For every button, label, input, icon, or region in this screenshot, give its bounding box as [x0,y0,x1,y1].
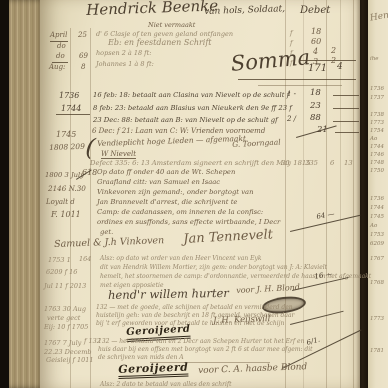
margin-ref: 2146 N.30 [48,185,86,192]
amount-dash [335,132,359,133]
defect-num: 30 [281,160,290,167]
next-page-fragment: 1746 [370,152,384,158]
next-page-fragment: ihe [370,56,379,62]
margin-ref: 1763 30 Aug [44,306,86,313]
last-line: 132 — het betaald van en 2 Decr aan Sche… [98,339,304,345]
payment-amount: 18 [310,89,321,98]
payment-amount: 23 [310,102,321,111]
payment-year: 1736 [59,92,79,100]
claim-line: Graafland citt: van Samuel en Isaac [97,179,220,186]
next-page-fragment: 6209 [370,241,384,247]
entry-amount: 60 [311,38,321,46]
next-page-fragment: 1773 [370,120,384,126]
margin-ref: Jul 11 f 2013 [44,283,86,290]
margin-underline [56,114,90,115]
next-page-fragment: 1744 [370,144,384,150]
entry-day: 8 [81,64,85,71]
payment-year: 1744 [61,105,81,113]
column-rule [326,0,327,388]
header-note: Niet vermaakt [148,22,195,29]
somma-flourish [258,85,342,86]
last-line: de schrijven van mids den A [98,355,184,361]
claim-line: Camp: de cadanassen, om inneren de la co… [97,209,263,216]
somma-guilders: 171 [308,64,327,74]
payment-fcol: 2 / [287,116,296,123]
entry-desc: hopsen 2 à 18 ft: [96,50,151,57]
column-rule [353,0,354,388]
claim-line: Jan Brannevelt d'arrest, die schrijvent … [97,199,237,206]
defect-col3: 13 [344,160,353,167]
next-page-fragment: Ao [370,136,377,142]
margin-ref: Geisleij f 1011 [46,357,94,364]
debtor-name: hend'r willem hurter [108,288,229,302]
payment-amount: 88 [310,114,321,123]
margin-ref: 1808 209 [49,143,85,152]
entry-date: do [57,43,66,50]
margin-ref: Loyalt d [46,199,75,206]
next-page-fragment: 1744 [370,205,384,211]
entry-desc: Johannes 1 à 8 ft: [96,61,154,68]
last-line: huis daar bij een offsen met borgtogt va… [98,347,313,353]
margin-dash [50,41,68,42]
amount-dash [333,121,359,122]
payment-year: 1745 [56,131,76,139]
entry-desc: d' 6 Clasje of ten geven geland ontfange… [96,31,233,38]
defect-col1: 335 [305,160,318,167]
next-page-fragment: Ao [370,223,377,229]
mortier-line: Alsz: op dato wt order van den Heer Vinc… [100,256,262,262]
margin-ref: 1767 7 July [44,340,81,347]
margin-ref: F. 1011 [51,211,81,219]
entry-stuivers: 2 [331,47,336,55]
claim-line: Vinkevoren zijn gemand:, onder borgtogt … [97,189,253,196]
next-page-fragment: 1750 [370,168,384,174]
entry-amount: 4 [313,48,318,56]
payment-fcol: 1 - [287,91,296,98]
payment-amount: 21 [317,126,328,135]
signature: J. H. Keijswill [213,315,271,325]
entry-amount: 18 [311,28,321,36]
claim-line: get. [100,229,113,236]
entry-date: do [56,53,65,60]
next-page-fragment: 1781 [370,348,384,354]
margin-ref: 164 [79,256,91,263]
entry-stuivers: 2 [331,57,336,65]
column-rule [70,28,71,388]
cancellation-mark: Geroijeerd [118,362,189,379]
signature: W Nievelt [101,151,136,159]
entry-date: Aug: [49,64,65,71]
entry-desc: Eb: en feestdanen Schrift [108,39,212,47]
next-page-fragment: 1753 [370,232,384,238]
somma-rule [238,79,356,80]
next-page-fragment: 1754 [370,128,384,134]
florin-mark: f [290,30,292,37]
column-rule [90,28,91,388]
next-page-fragment: 1736 [370,196,384,202]
debet-column-header: Debet [300,6,330,16]
amount-dash [333,108,359,109]
entry-day: 69 [79,53,88,60]
entry-day: 25 [78,32,87,39]
margin-ref: 22.23 Decemb [44,349,92,356]
margin-ref: 1753 1 [48,257,71,264]
payment-desc: 16 feb: 18: betaalt aan Clasina van Niev… [93,92,289,99]
column-rule [340,0,341,388]
margin-ref: 6209 f 16 [46,269,77,276]
defect-note: Defect 335: 6: 13 Amsterdam signeert en … [90,160,311,167]
hurter-line: 132 — met de goede, alle schijnen af bet… [96,305,293,311]
entry-date: April [50,32,67,39]
margin-ref: Eij: 10 f 1705 [44,324,88,331]
defect-col2: 6 [330,160,334,167]
ledger-photo: Hendrick Beenke van hols, Soldaat, Debet… [0,0,388,388]
margin-ref: verte gect [47,315,80,322]
margin-dash [52,62,68,63]
payment-desc: 23 Dec: 88: betaalt aan B: van Nievelt o… [93,117,278,124]
next-page-fragment: 1773 [370,316,384,322]
claim-line: ordines en susffonds, sans effecte wirtb… [97,219,280,226]
next-page-fragment: 1736 [370,86,384,92]
mortier-line: dit van Hendrik Willem Mortier, zijn gem… [100,265,327,271]
next-page-fragment: 1737 [370,95,384,101]
next-page-fragment: 1745 [370,214,384,220]
next-page-fragment: 1738 [370,112,384,118]
partial-line: Alsz: 2 dato te betaald van alles den sc… [100,382,232,388]
somma-stuivers: 4 [337,63,343,72]
payment-desc: 8 feb: 23: betaald aan Blasius van Nieuk… [93,105,292,112]
amount-dash [333,95,359,96]
next-page-fragment: 1767 [370,256,384,262]
next-page-fragment: 1768 [370,280,384,286]
claim-line: Op dato ff onder 40 aan de Wt. Schepen [97,169,235,176]
next-page-fragment: 1748 [370,160,384,166]
